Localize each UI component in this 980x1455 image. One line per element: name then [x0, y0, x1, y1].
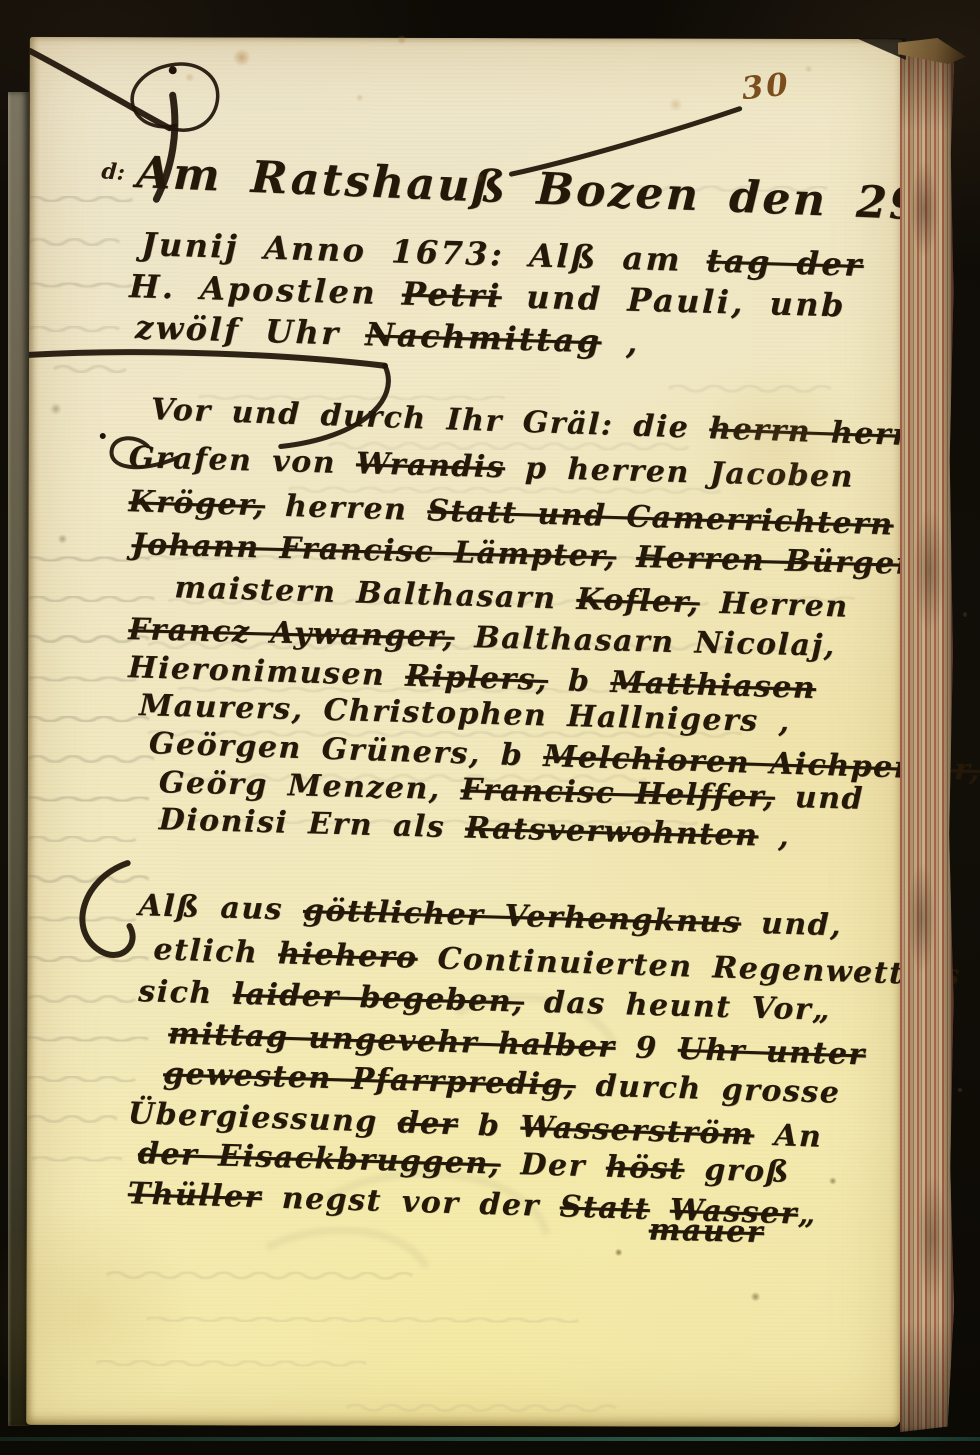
- struck-text: mauer: [648, 1212, 764, 1250]
- text-segment: An: [754, 1117, 823, 1154]
- page-stain: [185, 72, 195, 82]
- struck-text: Johann Francisc Lämpter,: [131, 527, 617, 574]
- ink-flourish: [29, 352, 385, 366]
- book-fore-edge: [900, 42, 954, 1432]
- text-segment: zwölf Uhr: [134, 308, 365, 353]
- text-segment: Herren: [699, 585, 849, 624]
- text-segment: Balthasarn Nicolaj,: [454, 620, 836, 664]
- bleed-through-line: [28, 756, 154, 762]
- bleed-through-line: [107, 1272, 413, 1279]
- text-segment: durch grosse: [575, 1068, 841, 1111]
- struck-text: Thüller: [127, 1176, 262, 1215]
- text-segment: „: [797, 1197, 817, 1233]
- struck-text: laider begeben,: [232, 977, 524, 1020]
- manuscript-text: Am Ratshauß Bozen den 29:Junij Anno 1673…: [30, 37, 904, 39]
- page-stain: [805, 65, 813, 73]
- page-stain: [397, 35, 407, 45]
- manuscript-page: 30 d: Am Ratshauß Bozen den 29:Junij Ann…: [26, 37, 904, 1427]
- bleed-through-line: [346, 1405, 616, 1412]
- text-segment: negst vor der: [261, 1180, 560, 1224]
- struck-text: höst: [605, 1150, 685, 1187]
- bleed-through-ghost: [267, 1230, 427, 1268]
- text-segment: ,: [601, 322, 640, 361]
- text-segment: Geörg Menzen,: [158, 765, 461, 807]
- struck-text: Francz Aywanger,: [128, 612, 455, 655]
- page-stain: [233, 48, 251, 66]
- text-segment: Der: [500, 1147, 606, 1185]
- text-segment: Grafen von: [128, 440, 356, 481]
- bleed-through-line: [26, 956, 148, 961]
- text-segment: [616, 539, 637, 574]
- struck-text: Kofler,: [576, 582, 700, 621]
- stain-layer: [30, 37, 904, 39]
- text-segment: herren: [265, 488, 428, 528]
- bleed-through-line: [32, 1157, 122, 1161]
- dust-speck: [963, 612, 967, 617]
- bleed-through-line: [26, 876, 148, 882]
- text-segment: Vor und durch Ihr Gräl: die: [150, 392, 710, 446]
- text-segment: sich: [138, 974, 233, 1012]
- ink-flourish: [132, 64, 218, 130]
- ink-dot: [100, 433, 106, 439]
- struck-text: herrn herrn: [709, 411, 934, 454]
- bleed-through-line: [28, 677, 136, 681]
- manuscript-line: Am Ratshauß Bozen den 29:: [135, 147, 942, 231]
- page-stain: [829, 1177, 837, 1185]
- page-stain: [0, 1203, 197, 1424]
- bleed-through-line: [28, 596, 154, 601]
- struck-text: hiehero: [278, 936, 419, 975]
- struck-text: der: [397, 1105, 459, 1142]
- dust-speck: [958, 1088, 962, 1092]
- struck-text: tag der: [706, 241, 864, 284]
- page-stain: [751, 1292, 761, 1302]
- struck-text: Wrandis: [355, 446, 505, 485]
- struck-text: der Eisackbruggen,: [137, 1136, 501, 1181]
- page-stain: [669, 98, 683, 112]
- struck-text: Uhr unter: [677, 1032, 866, 1073]
- bleed-through-line: [26, 283, 132, 287]
- ink-dot: [169, 66, 177, 74]
- text-segment: groß: [684, 1152, 790, 1190]
- struck-text: Statt und Camerrichtern: [427, 493, 894, 542]
- text-segment: maistern Balthasarn: [174, 570, 577, 617]
- ink-flourish: [30, 51, 170, 128]
- text-segment: Am Ratshauß Bozen den 29:: [135, 147, 942, 231]
- photo-background: 30 d: Am Ratshauß Bozen den 29:Junij Ann…: [0, 0, 980, 1455]
- text-segment: das heunt Vor„: [524, 985, 832, 1028]
- text-segment: und: [775, 780, 865, 817]
- text-segment: und,: [741, 906, 843, 944]
- bleed-through-line: [26, 196, 132, 201]
- folio-number: 30: [740, 66, 793, 107]
- struck-text: Francisc Helffer,: [460, 772, 775, 814]
- scan-bed-edge-line: [0, 1437, 980, 1441]
- manuscript-line: mauer: [648, 1212, 764, 1250]
- text-segment: Hieronimusen: [128, 650, 406, 693]
- page-stain: [356, 94, 364, 102]
- bleed-through-line: [26, 1037, 148, 1041]
- margin-mark: d:: [101, 158, 126, 186]
- page-stain: [615, 1248, 623, 1256]
- bleed-through-line: [96, 1361, 366, 1367]
- struck-text: gewesten Pfarrpredig,: [163, 1056, 577, 1103]
- struck-text: Statt: [559, 1189, 650, 1227]
- struck-text: Nachmittag: [365, 315, 602, 360]
- page-stain: [50, 403, 62, 415]
- bleed-through-line: [26, 797, 149, 801]
- text-segment: H. Apostlen: [129, 267, 403, 312]
- text-segment: ,: [758, 818, 791, 854]
- bleed-through-line: [27, 996, 135, 1002]
- bleed-through-line: [27, 1076, 135, 1081]
- struck-text: Kröger,: [128, 484, 266, 523]
- text-segment: p herren Jacoben: [505, 450, 855, 494]
- text-segment: Alß aus: [138, 888, 303, 928]
- bleed-through-line: [28, 836, 136, 841]
- bleed-through-line: [29, 326, 119, 331]
- text-segment: Dionisi Ern als: [158, 802, 465, 845]
- bleed-through-line: [29, 239, 119, 245]
- bleed-through-line: [54, 366, 126, 372]
- bleed-through-line: [146, 1317, 578, 1322]
- ink-flourish: [82, 863, 132, 955]
- struck-text: Ratsverwohnten: [465, 810, 759, 853]
- text-segment: b: [457, 1107, 521, 1144]
- struck-text: göttlicher Verhengknus: [302, 893, 741, 941]
- text-segment: b: [548, 663, 611, 700]
- bleed-through-line: [27, 1116, 117, 1122]
- text-segment: etlich: [153, 932, 279, 971]
- bleed-through-line: [669, 386, 831, 392]
- text-segment: Übergiessung: [127, 1096, 398, 1140]
- page-stain: [57, 534, 67, 544]
- struck-text: Herren Bürger: [636, 540, 914, 582]
- fore-edge-mottling: [900, 42, 954, 1432]
- struck-text: Wasserström: [520, 1109, 755, 1152]
- struck-text: Riplers,: [405, 659, 549, 698]
- bleed-through-line: [28, 917, 136, 921]
- struck-text: Petri: [401, 275, 502, 316]
- text-segment: 9: [615, 1030, 678, 1067]
- text-segment: und Pauli, unb: [501, 277, 846, 324]
- bleed-through-line: [26, 716, 149, 721]
